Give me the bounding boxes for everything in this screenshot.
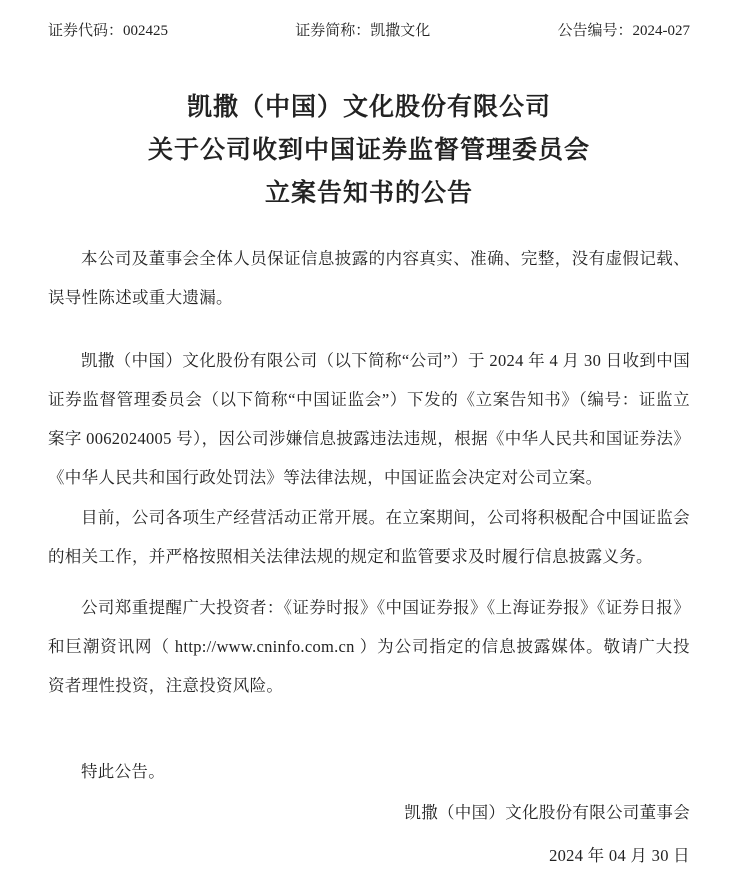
title-line-3: 立案告知书的公告 (48, 172, 690, 215)
disclaimer-paragraph: 本公司及董事会全体人员保证信息披露的内容真实、准确、完整，没有虚假记载、误导性陈… (48, 239, 690, 317)
body-paragraph-operations-status: 目前，公司各项生产经营活动正常开展。在立案期间，公司将积极配合中国证监会的相关工… (48, 498, 690, 576)
announcement-document: 证券代码：002425 证券简称：凯撒文化 公告编号：2024-027 凯撒（中… (0, 0, 735, 890)
title-line-1: 凯撒（中国）文化股份有限公司 (48, 86, 690, 129)
title-line-2: 关于公司收到中国证券监督管理委员会 (48, 129, 690, 172)
document-header: 证券代码：002425 证券简称：凯撒文化 公告编号：2024-027 (48, 22, 690, 40)
stock-abbr: 证券简称：凯撒文化 (295, 22, 430, 40)
signature-company: 凯撒（中国）文化股份有限公司董事会 (48, 793, 690, 832)
announcement-number: 公告编号：2024-027 (558, 22, 691, 40)
body-paragraph-investor-notice: 公司郑重提醒广大投资者：《证券时报》《中国证券报》《上海证券报》《证券日报》和巨… (48, 588, 690, 705)
body-paragraph-case-filing: 凯撒（中国）文化股份有限公司（以下简称“公司”）于 2024 年 4 月 30 … (48, 341, 690, 497)
closing-statement: 特此公告。 (48, 752, 690, 791)
stock-code: 证券代码：002425 (48, 22, 168, 40)
signature-date: 2024 年 04 月 30 日 (48, 836, 690, 875)
document-title: 凯撒（中国）文化股份有限公司 关于公司收到中国证券监督管理委员会 立案告知书的公… (48, 86, 690, 215)
